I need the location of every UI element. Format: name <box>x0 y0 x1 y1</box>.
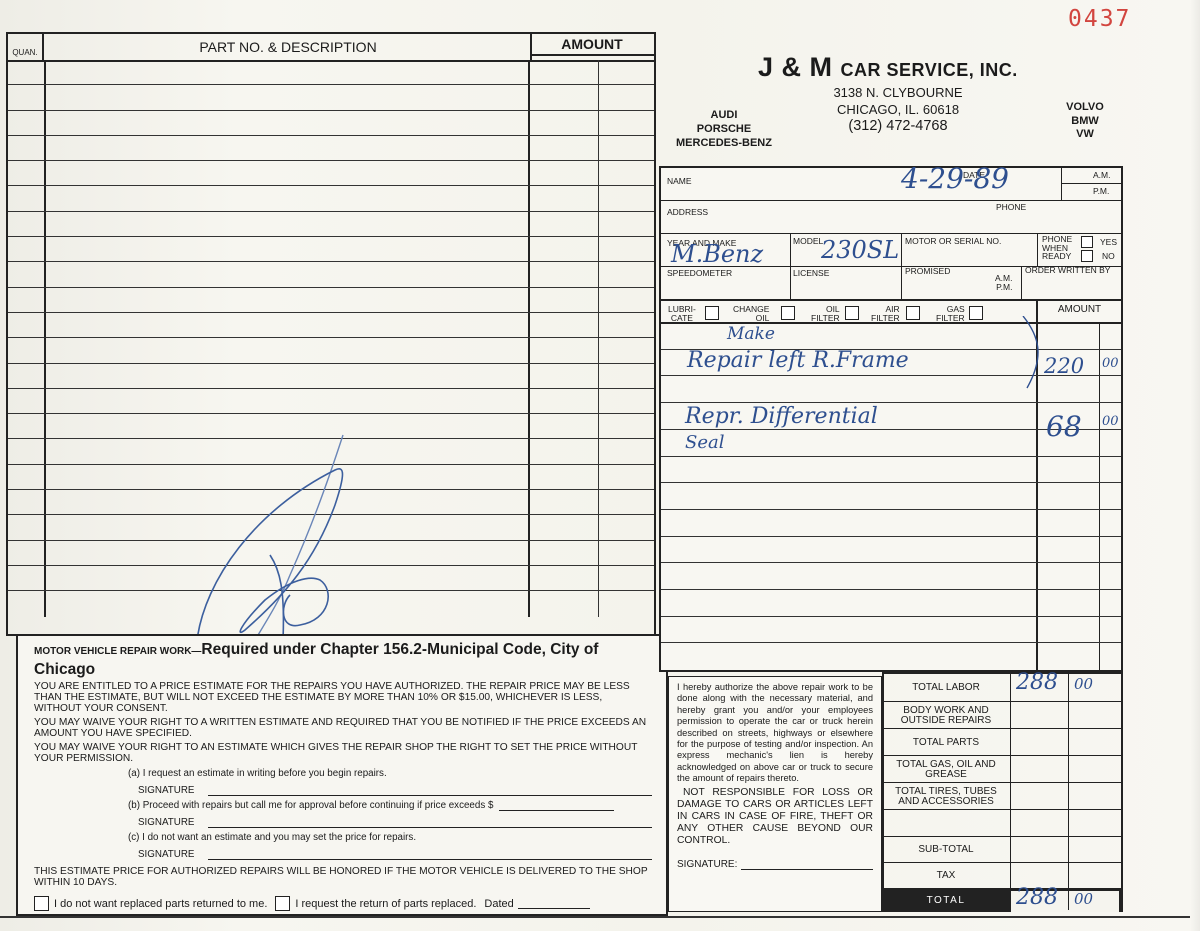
change-oil-label: CHANGEOIL <box>733 305 769 322</box>
parts-table-row[interactable] <box>8 389 654 414</box>
makes-left: AUDI PORSCHE MERCEDES-BENZ <box>664 108 784 150</box>
parts-table-row[interactable] <box>8 60 654 85</box>
totals-row <box>884 809 1121 837</box>
dated-field[interactable] <box>518 898 590 909</box>
labor-entry-1-line2[interactable]: Repair left R.Frame <box>687 348 909 373</box>
order-written-by-label: ORDER WRITTEN BY <box>1025 266 1110 275</box>
gas-filter-checkbox[interactable] <box>969 306 983 320</box>
totals-row-label: TOTAL <box>884 896 1008 906</box>
notice-title: MOTOR VEHICLE REPAIR WORK—Required under… <box>34 641 652 681</box>
totals-row-label: TOTAL TIRES, TUBES AND ACCESSORIES <box>884 787 1008 807</box>
name-label: NAME <box>667 177 692 186</box>
option-c: (c) I do not want an estimate and you ma… <box>128 832 652 843</box>
bracket-mark <box>1019 316 1047 396</box>
totals-row: TOTAL GAS, OIL AND GREASE <box>884 755 1121 783</box>
air-filter-checkbox[interactable] <box>906 306 920 320</box>
date-value[interactable]: 4-29-89 <box>901 162 1009 195</box>
parts-table-row[interactable] <box>8 262 654 287</box>
labor-amount-header: AMOUNT <box>1036 305 1123 314</box>
no-return-checkbox[interactable] <box>34 896 49 911</box>
labor-entry-2-dollars[interactable]: 68 <box>1046 410 1082 443</box>
authorization-text: I hereby authorize the above repair work… <box>677 682 873 785</box>
phone-label: PHONE <box>996 203 1026 212</box>
signature-b: SIGNATURE <box>138 817 652 828</box>
dated-label: Dated <box>484 898 513 910</box>
model-label: MODEL <box>793 237 823 246</box>
signature-a-field[interactable] <box>208 786 652 796</box>
labor-entry-1-cents[interactable]: 00 <box>1102 356 1119 371</box>
parts-table-header: QUAN. PART NO. & DESCRIPTION AMOUNT <box>8 34 654 62</box>
quantity-header: QUAN. <box>8 34 44 60</box>
not-responsible-text: NOT RESPONSIBLE FOR LOSS OR DAMAGE TO CA… <box>677 787 873 847</box>
signature-scribble <box>195 430 365 640</box>
labor-row-line <box>661 402 1121 403</box>
address-label: ADDRESS <box>667 208 708 217</box>
parts-table-row[interactable] <box>8 338 654 363</box>
change-oil-checkbox[interactable] <box>781 306 795 320</box>
totals-row-cents[interactable]: 00 <box>1074 675 1093 693</box>
labor-entry-2-line1[interactable]: Repr. Differential <box>685 404 878 429</box>
labor-entry-1-dollars[interactable]: 220 <box>1044 354 1084 378</box>
request-return-label: I request the return of parts replaced. <box>295 898 476 910</box>
air-filter-label: AIRFILTER <box>871 305 900 322</box>
company-phone: (312) 472-4768 <box>828 118 968 135</box>
totals-row-label: TOTAL LABOR <box>884 683 1008 693</box>
yes-label: YES <box>1100 238 1117 247</box>
price-limit-field[interactable] <box>499 801 614 811</box>
notice-paragraph-3: YOU MAY WAIVE YOUR RIGHT TO AN ESTIMATE … <box>34 742 652 764</box>
parts-table-row[interactable] <box>8 186 654 211</box>
makes-right: VOLVO BMW VW <box>1052 101 1118 142</box>
gas-filter-label: GASFILTER <box>936 305 965 322</box>
company-name: J & M CAR SERVICE, INC. <box>758 52 1018 83</box>
paper-edge <box>1190 0 1200 931</box>
parts-table-row[interactable] <box>8 313 654 338</box>
authorization-signature-field[interactable] <box>741 860 873 870</box>
speedometer-label: SPEEDOMETER <box>667 269 732 278</box>
request-return-checkbox[interactable] <box>275 896 290 911</box>
totals-row-label: BODY WORK AND OUTSIDE REPAIRS <box>884 706 1008 726</box>
labor-entry-2-line2[interactable]: Seal <box>685 432 724 453</box>
bottom-rule <box>0 916 1190 918</box>
parts-table-row[interactable] <box>8 161 654 186</box>
parts-table-row[interactable] <box>8 111 654 136</box>
no-label: NO <box>1102 252 1115 261</box>
oil-filter-label: OILFILTER <box>811 305 840 322</box>
totals-row: TOTAL LABOR28800 <box>884 674 1121 701</box>
repair-work-notice: MOTOR VEHICLE REPAIR WORK—Required under… <box>16 634 668 916</box>
parts-table-row[interactable] <box>8 237 654 262</box>
lubricate-label: LUBRI-CATE <box>668 305 696 322</box>
labor-entry-2-cents[interactable]: 00 <box>1102 414 1119 429</box>
notice-paragraph-2: YOU MAY WAIVE YOUR RIGHT TO A WRITTEN ES… <box>34 717 652 739</box>
signature-b-field[interactable] <box>208 818 652 828</box>
promised-ampm: A.M.P.M. <box>995 274 1012 292</box>
authorization-box: I hereby authorize the above repair work… <box>668 676 882 912</box>
totals-row-label: TAX <box>884 871 1008 881</box>
phone-when-ready-label: PHONEWHENREADY <box>1042 235 1072 261</box>
totals-row-label: TOTAL GAS, OIL AND GREASE <box>884 760 1008 780</box>
labor-row-line <box>661 482 1121 483</box>
parts-table-row[interactable] <box>8 288 654 313</box>
promised-label: PROMISED <box>905 267 950 276</box>
totals-row-label: TOTAL PARTS <box>884 738 1008 748</box>
labor-row-line <box>661 589 1121 590</box>
authorization-signature: SIGNATURE: <box>677 859 873 870</box>
motor-serial-label: MOTOR OR SERIAL NO. <box>905 237 1001 246</box>
labor-row-line <box>661 456 1121 457</box>
totals-row-cents[interactable]: 00 <box>1074 890 1093 908</box>
notice-paragraph-1: YOU ARE ENTITLED TO A PRICE ESTIMATE FOR… <box>34 681 652 714</box>
option-b: (b) Proceed with repairs but call me for… <box>128 800 652 811</box>
parts-table-row[interactable] <box>8 364 654 389</box>
year-make-value[interactable]: M.Benz <box>671 240 763 268</box>
description-header: PART NO. & DESCRIPTION <box>46 34 532 60</box>
totals-row: SUB-TOTAL <box>884 836 1121 863</box>
parts-table-row[interactable] <box>8 212 654 237</box>
totals-table: TOTAL LABOR28800BODY WORK AND OUTSIDE RE… <box>882 672 1123 912</box>
labor-row-line <box>661 509 1121 510</box>
totals-row: BODY WORK AND OUTSIDE REPAIRS <box>884 701 1121 729</box>
totals-row: TOTAL28800 <box>884 888 1121 912</box>
work-order-box: NAME DATE A.M. P.M. 4-29-89 ADDRESS PHON… <box>659 166 1123 672</box>
labor-row-line <box>661 536 1121 537</box>
company-address: 3138 N. CLYBOURNE CHICAGO, IL. 60618 (31… <box>828 84 968 135</box>
option-a: (a) I request an estimate in writing bef… <box>128 768 652 779</box>
parts-table-row[interactable] <box>8 136 654 161</box>
amount-header: AMOUNT <box>530 34 654 56</box>
totals-row-label: SUB-TOTAL <box>884 845 1008 855</box>
totals-row: TOTAL PARTS <box>884 728 1121 756</box>
labor-entry-1-line1[interactable]: Make <box>727 324 775 344</box>
oil-filter-checkbox[interactable] <box>845 306 859 320</box>
phone-yes-checkbox[interactable] <box>1081 236 1093 248</box>
pm-label: P.M. <box>1093 187 1109 196</box>
model-value[interactable]: 230SL <box>821 236 899 264</box>
parts-table-row[interactable] <box>8 85 654 110</box>
estimate-honored-text: THIS ESTIMATE PRICE FOR AUTHORIZED REPAI… <box>34 866 652 888</box>
am-label: A.M. <box>1093 171 1110 180</box>
totals-row: TAX <box>884 862 1121 889</box>
totals-row: TOTAL TIRES, TUBES AND ACCESSORIES <box>884 782 1121 810</box>
totals-row-dollars[interactable]: 288 <box>1016 885 1058 910</box>
signature-a: SIGNATURE <box>138 785 652 796</box>
labor-row-line <box>661 616 1121 617</box>
parts-return-options: I do not want replaced parts returned to… <box>34 896 652 911</box>
lubricate-checkbox[interactable] <box>705 306 719 320</box>
phone-no-checkbox[interactable] <box>1081 250 1093 262</box>
license-label: LICENSE <box>793 269 829 278</box>
signature-c: SIGNATURE <box>138 849 652 860</box>
serial-number: 0437 <box>1068 6 1131 32</box>
no-return-label: I do not want replaced parts returned to… <box>54 898 267 910</box>
labor-row-line <box>661 642 1121 643</box>
totals-row-dollars[interactable]: 288 <box>1016 670 1058 695</box>
labor-row-line <box>661 562 1121 563</box>
signature-c-field[interactable] <box>208 850 652 860</box>
